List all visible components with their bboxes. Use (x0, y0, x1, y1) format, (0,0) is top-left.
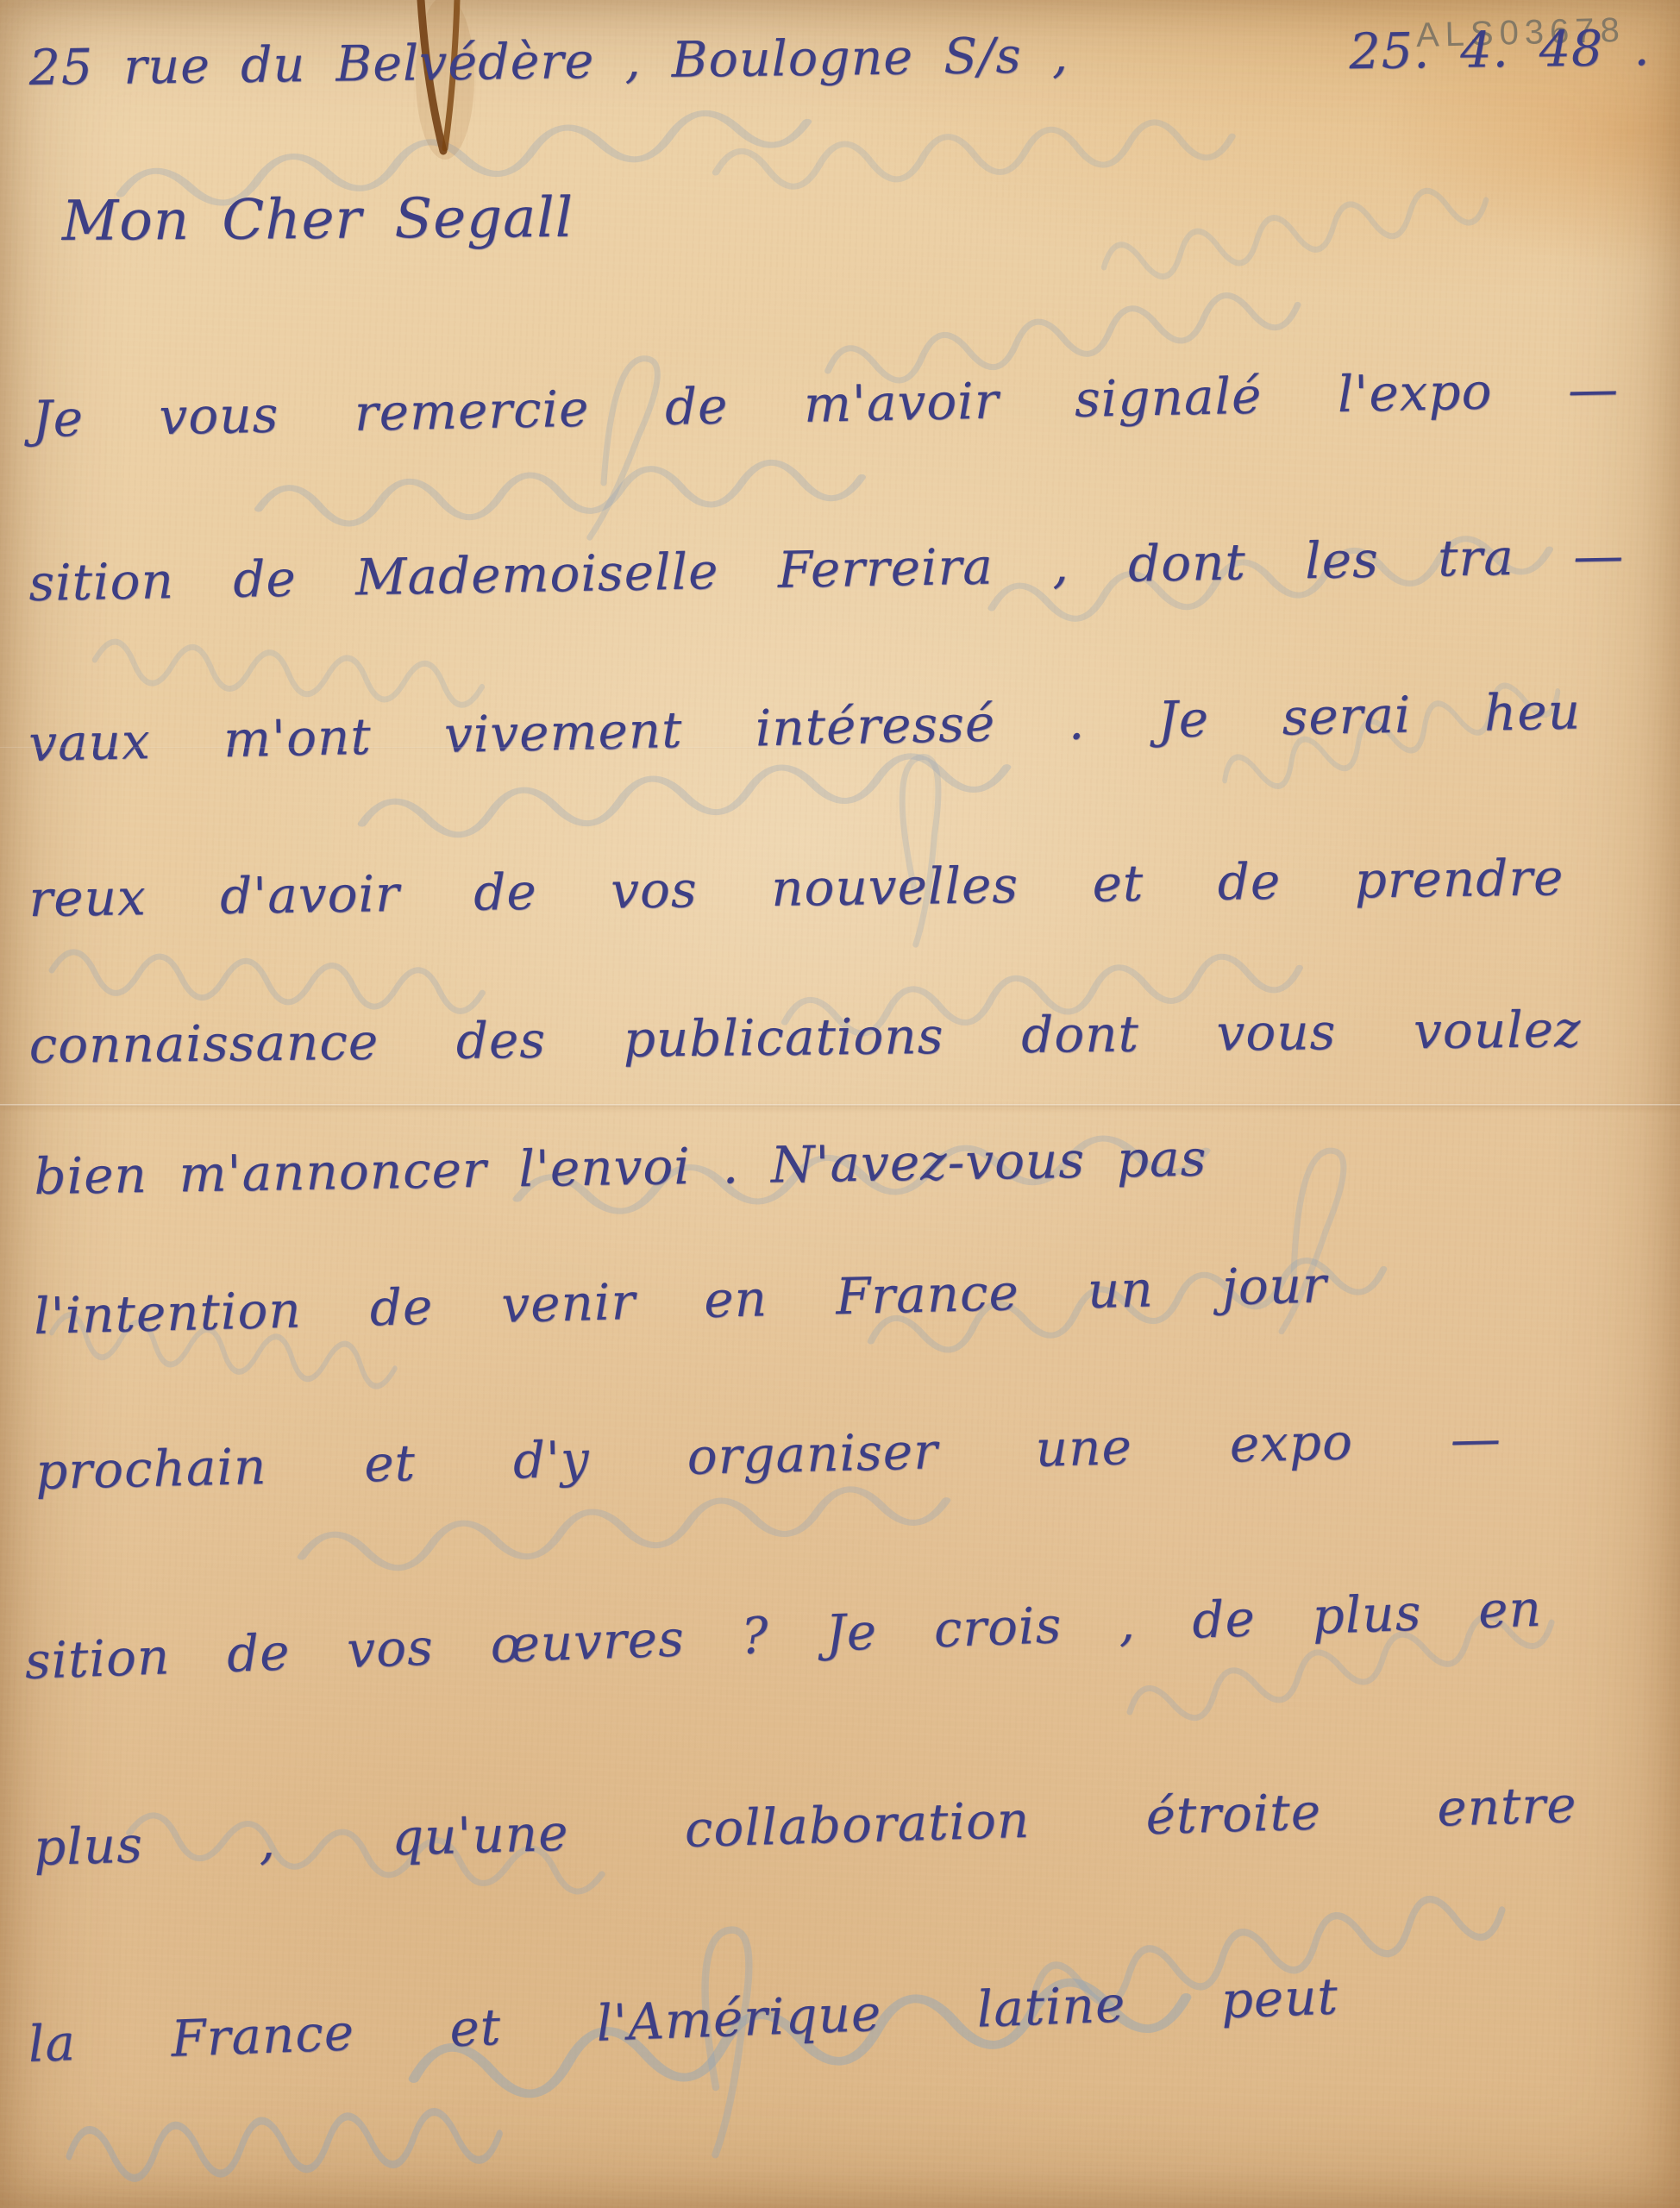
scanned-letter: { "document": { "catalog_number": "ALS03… (0, 0, 1680, 2208)
date-text: 25. 4. 48 . (1349, 20, 1651, 80)
salutation: Mon Cher Segall (61, 186, 574, 254)
aged-paper-background (0, 0, 1680, 2208)
